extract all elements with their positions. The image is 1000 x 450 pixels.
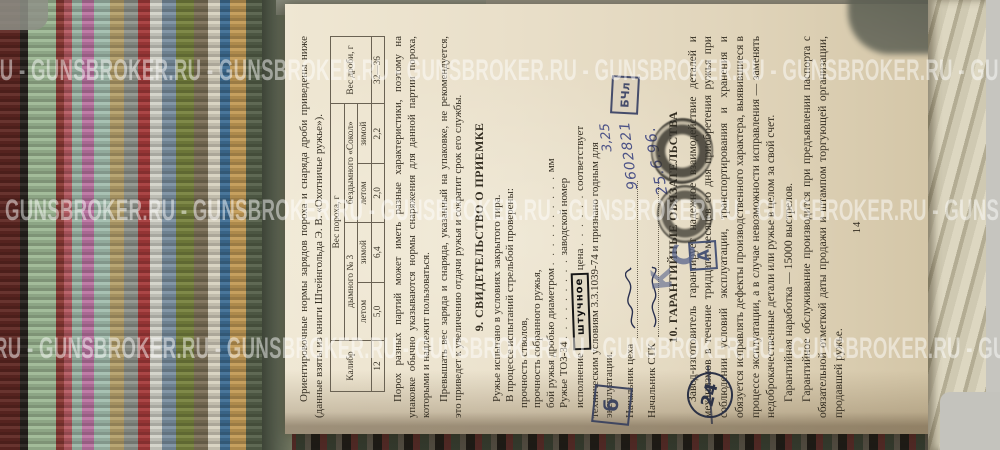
letter-k-stamp: К	[646, 266, 679, 291]
table-cell: 2,2	[371, 104, 385, 164]
watermark-row: RU - GUNSBROKER.RU - GUNSBROKER.RU - GUN…	[0, 332, 1000, 366]
margin-letter-stamp: б	[591, 384, 633, 426]
table-header-cell: зимой	[358, 104, 372, 164]
photo-scene: Ориентировочные нормы зарядов пороха и с…	[0, 0, 1000, 450]
floor-patch-top-left	[0, 0, 48, 30]
unit-label: мм	[545, 158, 557, 172]
table-cell: 6,4	[371, 222, 385, 282]
table-header-cell: дымного № 3	[344, 222, 358, 340]
watermark-row: RU - GUNSBROKER.RU - GUNSBROKER.RU - GUN…	[0, 54, 1000, 88]
signature-scribble	[625, 266, 639, 330]
dotted-leader: . . . . . . . . .	[558, 258, 570, 339]
handwritten-shot-diameter: 3,25	[598, 122, 616, 152]
letter-c-stamp: С	[666, 242, 704, 269]
price-label: цена	[574, 249, 586, 271]
floor-corner-bottom-right	[940, 392, 1000, 450]
conforms-label: соответствует	[574, 126, 586, 191]
watermark-row: RU - GUNSBROKER.RU - GUNSBROKER.RU - GUN…	[0, 194, 1000, 228]
table-header-cell: зимой	[358, 222, 372, 282]
